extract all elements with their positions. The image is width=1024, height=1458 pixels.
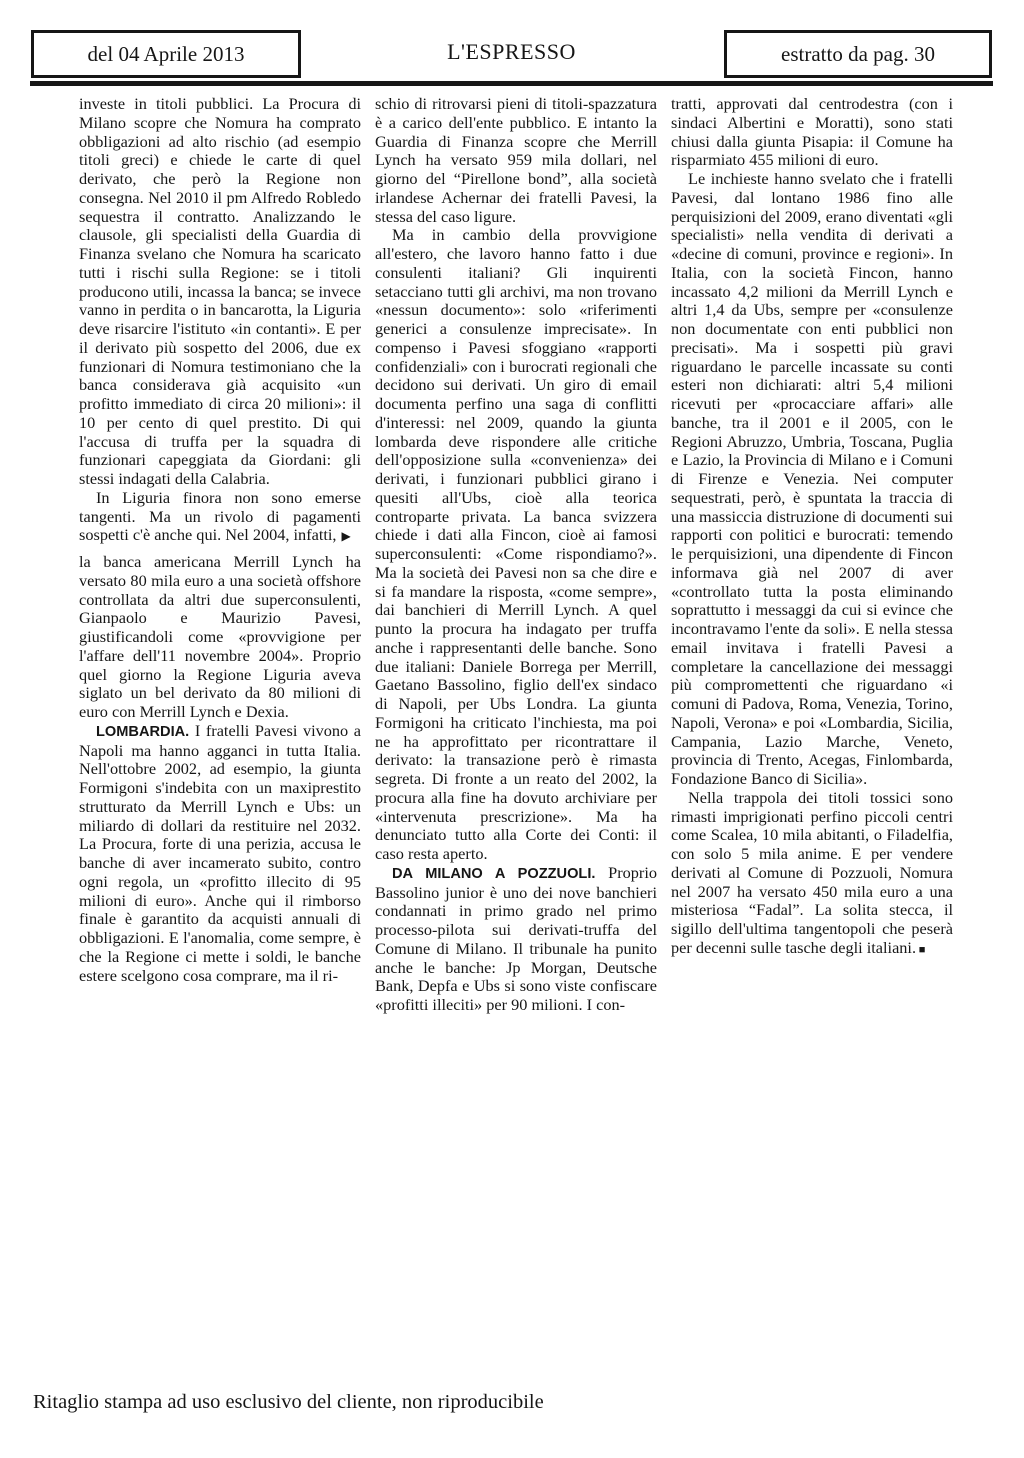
paragraph: Nella trappola dei titoli tossici sono r… (671, 789, 953, 960)
article-column: schio di ritrovarsi pieni di titoli-spaz… (375, 95, 657, 1015)
clipping-header: del 04 Aprile 2013 L'ESPRESSO estratto d… (31, 30, 992, 78)
article-column: investe in titoli pubblici. La Procura d… (79, 95, 361, 1015)
continuation-arrow-icon: ▶ (337, 529, 353, 543)
paragraph: DA MILANO A POZZUOLI. Proprio Bassolino … (375, 864, 657, 1015)
paragraph: tratti, approvati dal centrodestra (con … (671, 95, 953, 170)
article-end-square-icon: ■ (916, 944, 925, 956)
header-divider-rule (30, 81, 993, 86)
paragraph-lead: LOMBARDIA. (96, 724, 189, 740)
paragraph: Le inchieste hanno svelato che i fratell… (671, 170, 953, 789)
paragraph: Ma in cambio della provvigione all'ester… (375, 226, 657, 864)
paragraph: schio di ritrovarsi pieni di titoli-spaz… (375, 95, 657, 226)
press-clipping-page: del 04 Aprile 2013 L'ESPRESSO estratto d… (0, 0, 1024, 1458)
article-columns: investe in titoli pubblici. La Procura d… (79, 95, 953, 1015)
paragraph-lead: DA MILANO A POZZUOLI. (392, 866, 595, 882)
footer-disclaimer: Ritaglio stampa ad uso esclusivo del cli… (33, 1391, 544, 1414)
page-extract-label: estratto da pag. 30 (781, 42, 935, 67)
paragraph: LOMBARDIA. I fratelli Pavesi vivono a Na… (79, 722, 361, 986)
paragraph: In Liguria finora non sono emerse tangen… (79, 489, 361, 546)
paragraph: investe in titoli pubblici. La Procura d… (79, 95, 361, 489)
paragraph: la banca americana Merrill Lynch ha vers… (79, 553, 361, 722)
article-column: tratti, approvati dal centrodestra (con … (671, 95, 953, 1015)
page-extract-box: estratto da pag. 30 (724, 30, 992, 78)
